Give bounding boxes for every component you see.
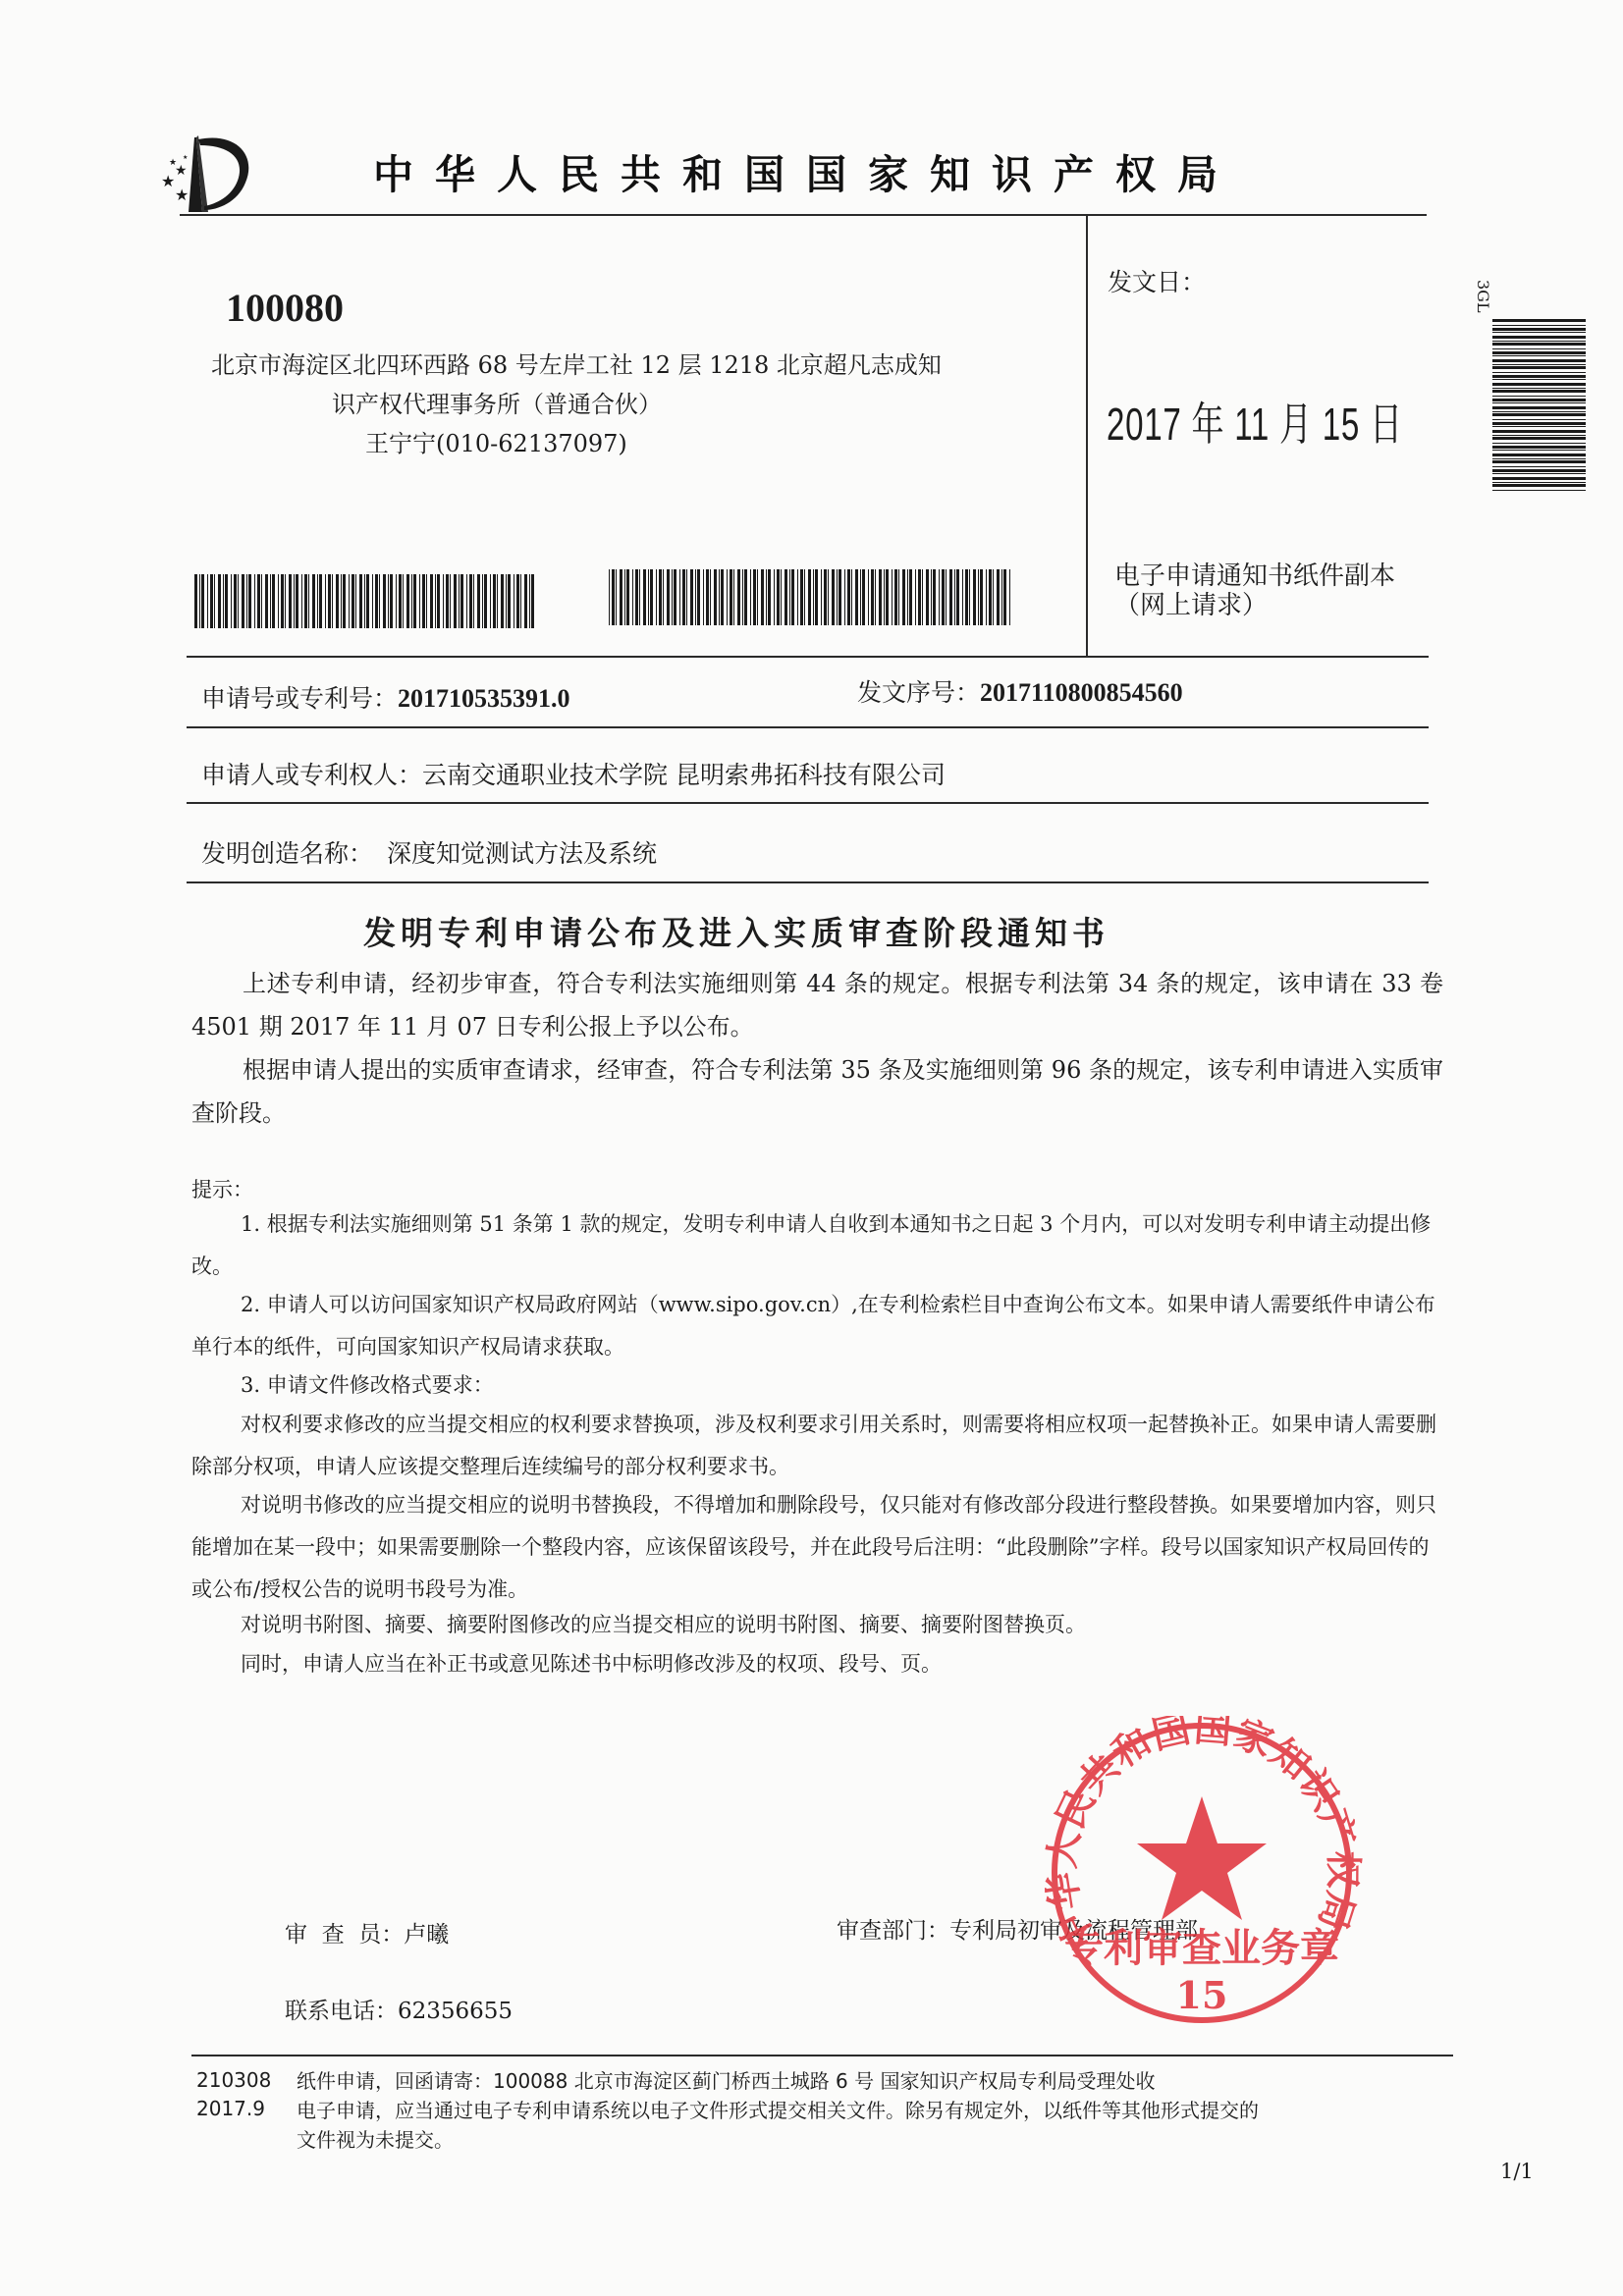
- tip-item-1: 1. 根据专利法实施细则第 51 条第 1 款的规定，发明专利申请人自收到本通知…: [191, 1203, 1443, 1288]
- examiner-row: 审 查 员：卢曦: [285, 1916, 449, 1949]
- tip-item-3: 3. 申请文件修改格式要求：: [191, 1364, 1443, 1407]
- svg-text:15: 15: [1176, 1973, 1228, 2017]
- application-number-label: 申请号或专利号：: [201, 684, 398, 713]
- footer-line2: 电子申请，应当通过电子专利申请系统以电子文件形式提交相关文件。除另有规定外，以纸…: [297, 2095, 1259, 2123]
- examiner-name: 卢曦: [404, 1922, 449, 1948]
- svg-text:专利审查业务章: 专利审查业务章: [1064, 1926, 1339, 1971]
- recipient-contact: 王宁宁(010-62137097): [365, 424, 627, 458]
- department-label: 审查部门：: [837, 1918, 949, 1944]
- side-code: 3GL: [1474, 280, 1492, 313]
- phone-number: 62356655: [398, 1999, 513, 2024]
- page-number: 1/1: [1500, 2160, 1534, 2183]
- right-panel-divider: [1086, 216, 1088, 658]
- tips-heading: 提示：: [191, 1174, 253, 1203]
- tip-item-marking: 同时，申请人应当在补正书或意见陈述书中标明修改涉及的权项、段号、页。: [191, 1643, 1443, 1685]
- header-divider: [180, 214, 1427, 216]
- recipient-postcode: 100080: [226, 285, 344, 331]
- application-number-row: 申请号或专利号：201710535391.0: [201, 679, 570, 715]
- recipient-address-line2: 识产权代理事务所（普通合伙）: [332, 385, 662, 419]
- examiner-label: 审 查 员：: [285, 1922, 404, 1948]
- serial-number: 2017110800854560: [980, 678, 1183, 707]
- footer-line3: 文件视为未提交。: [297, 2124, 454, 2153]
- invention-title: 深度知觉测试方法及系统: [387, 839, 657, 868]
- applicant-label: 申请人或专利权人：: [201, 761, 422, 789]
- agency-name: 中华人民共和国国家知识产权局: [373, 142, 1239, 200]
- row-divider: [187, 726, 1429, 728]
- tip-item-claims: 对权利要求修改的应当提交相应的权利要求替换项，涉及权利要求引用关系时，则需要将相…: [191, 1404, 1443, 1488]
- issue-date: 2017 年 11 月 15 日: [1107, 389, 1403, 454]
- phone-label: 联系电话：: [285, 1999, 398, 2024]
- svg-text:★: ★: [183, 154, 188, 161]
- issue-date-label: 发文日：: [1108, 263, 1206, 298]
- row-divider: [187, 656, 1429, 658]
- applicant-row: 申请人或专利权人：云南交通职业技术学院 昆明索弗拓科技有限公司: [201, 756, 946, 791]
- phone-row: 联系电话：62356655: [285, 1993, 513, 2025]
- notice-title: 发明专利申请公布及进入实质审查阶段通知书: [363, 908, 1109, 954]
- serial-number-label: 发文序号：: [857, 678, 980, 707]
- notice-paragraph-1: 上述专利申请，经初步审查，符合专利法实施细则第 44 条的规定。根据专利法第 3…: [191, 962, 1443, 1048]
- row-divider: [187, 802, 1429, 804]
- row-divider: [187, 881, 1429, 883]
- svg-text:★: ★: [175, 186, 189, 204]
- applicant: 云南交通职业技术学院 昆明索弗拓科技有限公司: [422, 761, 946, 789]
- svg-text:★: ★: [161, 172, 175, 190]
- serial-number-row: 发文序号：2017110800854560: [857, 673, 1183, 709]
- barcode-left: [194, 574, 536, 628]
- recipient-address-line1: 北京市海淀区北四环西路 68 号左岸工社 12 层 1218 北京超凡志成知: [211, 346, 942, 380]
- tip-item-drawings: 对说明书附图、摘要、摘要附图修改的应当提交相应的说明书附图、摘要、摘要附图替换页…: [191, 1604, 1443, 1646]
- invention-title-row: 发明创造名称：深度知觉测试方法及系统: [201, 834, 657, 870]
- footer-divider: [191, 2055, 1453, 2056]
- side-barcode: [1492, 319, 1586, 491]
- cnipa-emblem-icon: ★ ★ ★ ★ ★: [147, 126, 275, 224]
- barcode-right: [609, 569, 1011, 625]
- official-seal: 中华人民共和国国家知识产权局 专利审查业务章 15: [1029, 1716, 1371, 2040]
- svg-text:★: ★: [169, 158, 177, 168]
- tip-item-description: 对说明书修改的应当提交相应的说明书替换段，不得增加和删除段号，仅只能对有修改部分…: [191, 1484, 1443, 1611]
- invention-title-label: 发明创造名称：: [201, 839, 373, 868]
- tip-item-2: 2. 申请人可以访问国家知识产权局政府网站（www.sipo.gov.cn）,在…: [191, 1284, 1443, 1368]
- form-version: 2017.9: [196, 2097, 265, 2120]
- form-code: 210308: [196, 2068, 271, 2092]
- footer-line1: 纸件申请，回函请寄：100088 北京市海淀区蓟门桥西土城路 6 号 国家知识产…: [297, 2065, 1156, 2094]
- notice-paragraph-2: 根据申请人提出的实质审查请求，经审查，符合专利法第 35 条及实施细则第 96 …: [191, 1048, 1443, 1135]
- copy-note: 电子申请通知书纸件副本（网上请求）: [1114, 561, 1409, 620]
- application-number: 201710535391.0: [398, 684, 570, 713]
